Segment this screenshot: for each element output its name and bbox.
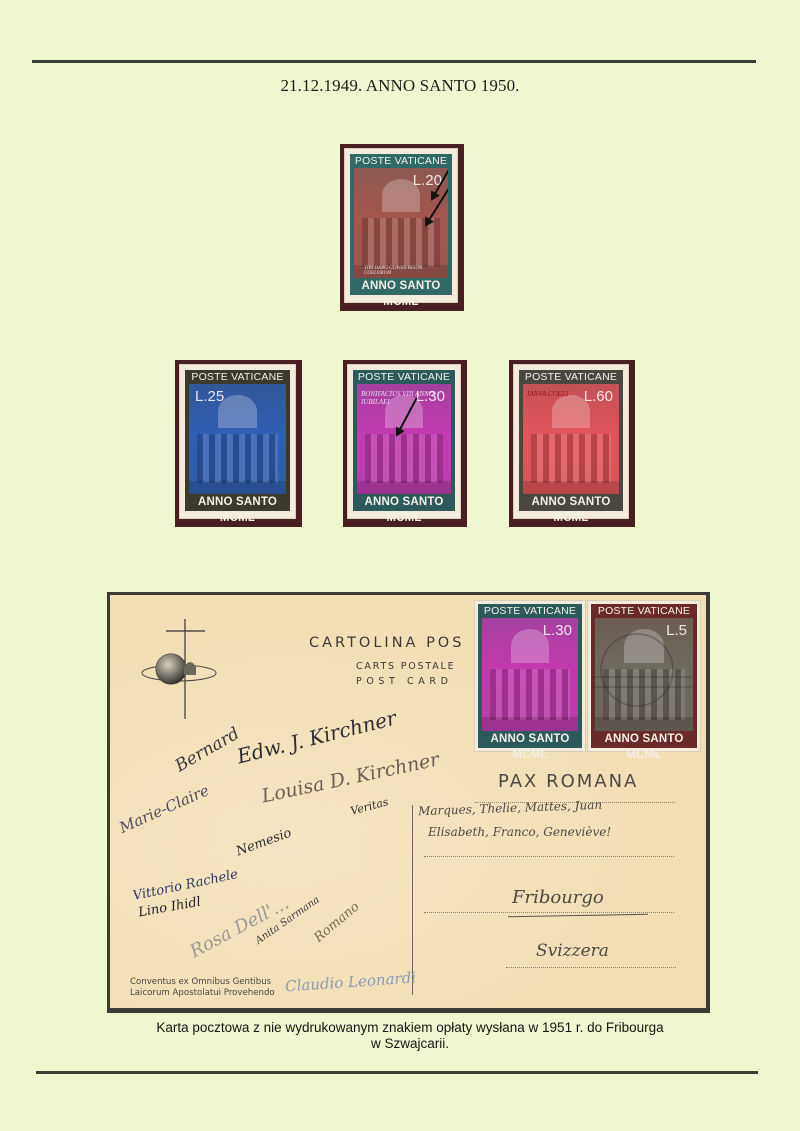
signature: Claudio Leonardi (285, 968, 417, 995)
address-line-5: Svizzera (536, 941, 609, 961)
top-rule (32, 60, 756, 63)
stamp-frame: POSTE VATICANE L.25ANNO SANTO MCML (185, 370, 290, 511)
stamp-picture: L.60IANVA COELI (523, 384, 619, 494)
address-line-4: Fribourgo (512, 887, 604, 908)
signature: Marie-Claire (117, 781, 212, 837)
postcard-motto: Conventus ex Omnibus Gentibus Laicorum A… (130, 977, 275, 999)
stamp-value: L.60 (584, 388, 613, 405)
stamp-header: POSTE VATICANE (478, 604, 582, 618)
stamp-frame: POSTE VATICANE L.20TIBI DABO CLAVES REGN… (350, 154, 452, 295)
address-line-1: PAX ROMANA (498, 771, 638, 792)
stamp-l60: POSTE VATICANE L.60IANVA COELIANNO SANTO… (509, 360, 635, 527)
stamp-inscription: BONIFACIUS VIII ANNO IUBILAEI (361, 390, 451, 406)
stamp-header: POSTE VATICANE (353, 370, 455, 384)
stamp-paper: POSTE VATICANE L.20TIBI DABO CLAVES REGN… (344, 148, 458, 303)
stamp-header: POSTE VATICANE (519, 370, 623, 384)
stamp-footer: ANNO SANTO MCML (591, 731, 697, 748)
address-line (424, 856, 674, 857)
stamp-picture: L.25 (189, 384, 286, 494)
stamp-inscription: IANVA COELI (527, 390, 568, 398)
signature: Romano (311, 899, 362, 945)
postcard-face: CARTOLINA POS CARTS POSTALE POST CARD PO… (110, 595, 706, 1008)
motto-line-2: Laicorum Apostolatui Provehendo (130, 988, 275, 999)
postcard-subtitle-fr: CARTS POSTALE (356, 661, 455, 672)
stamp-footer: ANNO SANTO MCML (350, 278, 452, 295)
stamp-picture: L.30 (482, 618, 578, 731)
stamp-value: L.25 (195, 388, 224, 405)
stamp-paper: POSTE VATICANE L.60IANVA COELIANNO SANTO… (513, 364, 629, 519)
postcard-stamp-l30: POSTE VATICANE L.30ANNO SANTO MCML (474, 600, 586, 752)
signature: Nemesio (234, 826, 293, 860)
postcard-title: CARTOLINA POS (309, 635, 464, 651)
stamp-inscription: TIBI DABO CLAVES REGNI COELORUM (364, 266, 448, 276)
underline (508, 914, 648, 917)
caption: Karta pocztowa z nie wydrukowanym znakie… (0, 1020, 800, 1052)
globe-cross-logo-icon (138, 617, 220, 722)
postcard-subtitle-en: POST CARD (356, 676, 453, 687)
postmark-icon (592, 625, 692, 715)
bottom-rule (36, 1071, 758, 1074)
caption-line-1: Karta pocztowa z nie wydrukowanym znakie… (0, 1020, 800, 1036)
postcard: CARTOLINA POS CARTS POSTALE POST CARD PO… (107, 592, 710, 1013)
stamp-frame: POSTE VATICANE L.30BONIFACIUS VIII ANNO … (353, 370, 455, 511)
stamp-header: POSTE VATICANE (591, 604, 697, 618)
address-line-3: Elisabeth, Franco, Geneviève! (428, 825, 611, 839)
signature: Edw. J. Kirchner (235, 706, 399, 769)
caption-line-2: w Szwajcarii. (0, 1036, 800, 1052)
stamp-l30: POSTE VATICANE L.30BONIFACIUS VIII ANNO … (343, 360, 467, 527)
address-line-2: Marques, Thelie, Mattes, Juan (418, 798, 603, 818)
address-line (424, 912, 674, 913)
stamp-picture: L.20TIBI DABO CLAVES REGNI COELORUM (354, 168, 448, 278)
stamp-value: L.30 (543, 622, 572, 639)
stamp-l20: POSTE VATICANE L.20TIBI DABO CLAVES REGN… (340, 144, 464, 311)
stamp-picture: L.30BONIFACIUS VIII ANNO IUBILAEI (357, 384, 451, 494)
stamp-paper: POSTE VATICANE L.30ANNO SANTO MCML (474, 600, 586, 752)
stamp-paper: POSTE VATICANE L.25ANNO SANTO MCML (179, 364, 296, 519)
stamp-footer: ANNO SANTO MCML (185, 494, 290, 511)
signature: Bernard (172, 724, 243, 777)
stamp-frame: POSTE VATICANE L.60IANVA COELIANNO SANTO… (519, 370, 623, 511)
stamp-paper: POSTE VATICANE L.30BONIFACIUS VIII ANNO … (347, 364, 461, 519)
page-title: 21.12.1949. ANNO SANTO 1950. (0, 76, 800, 96)
stamp-header: POSTE VATICANE (185, 370, 290, 384)
signature: Veritas (349, 795, 390, 818)
stamp-frame: POSTE VATICANE L.30ANNO SANTO MCML (478, 604, 582, 748)
stamp-header: POSTE VATICANE (350, 154, 452, 168)
stamp-footer: ANNO SANTO MCML (353, 494, 455, 511)
stamp-footer: ANNO SANTO MCML (519, 494, 623, 511)
address-divider (412, 805, 413, 995)
signature: Louisa D. Kirchner (260, 748, 442, 807)
motto-line-1: Conventus ex Omnibus Gentibus (130, 977, 275, 988)
address-line (506, 967, 676, 968)
stamp-l25: POSTE VATICANE L.25ANNO SANTO MCML (175, 360, 302, 527)
stamp-footer: ANNO SANTO MCML (478, 731, 582, 748)
